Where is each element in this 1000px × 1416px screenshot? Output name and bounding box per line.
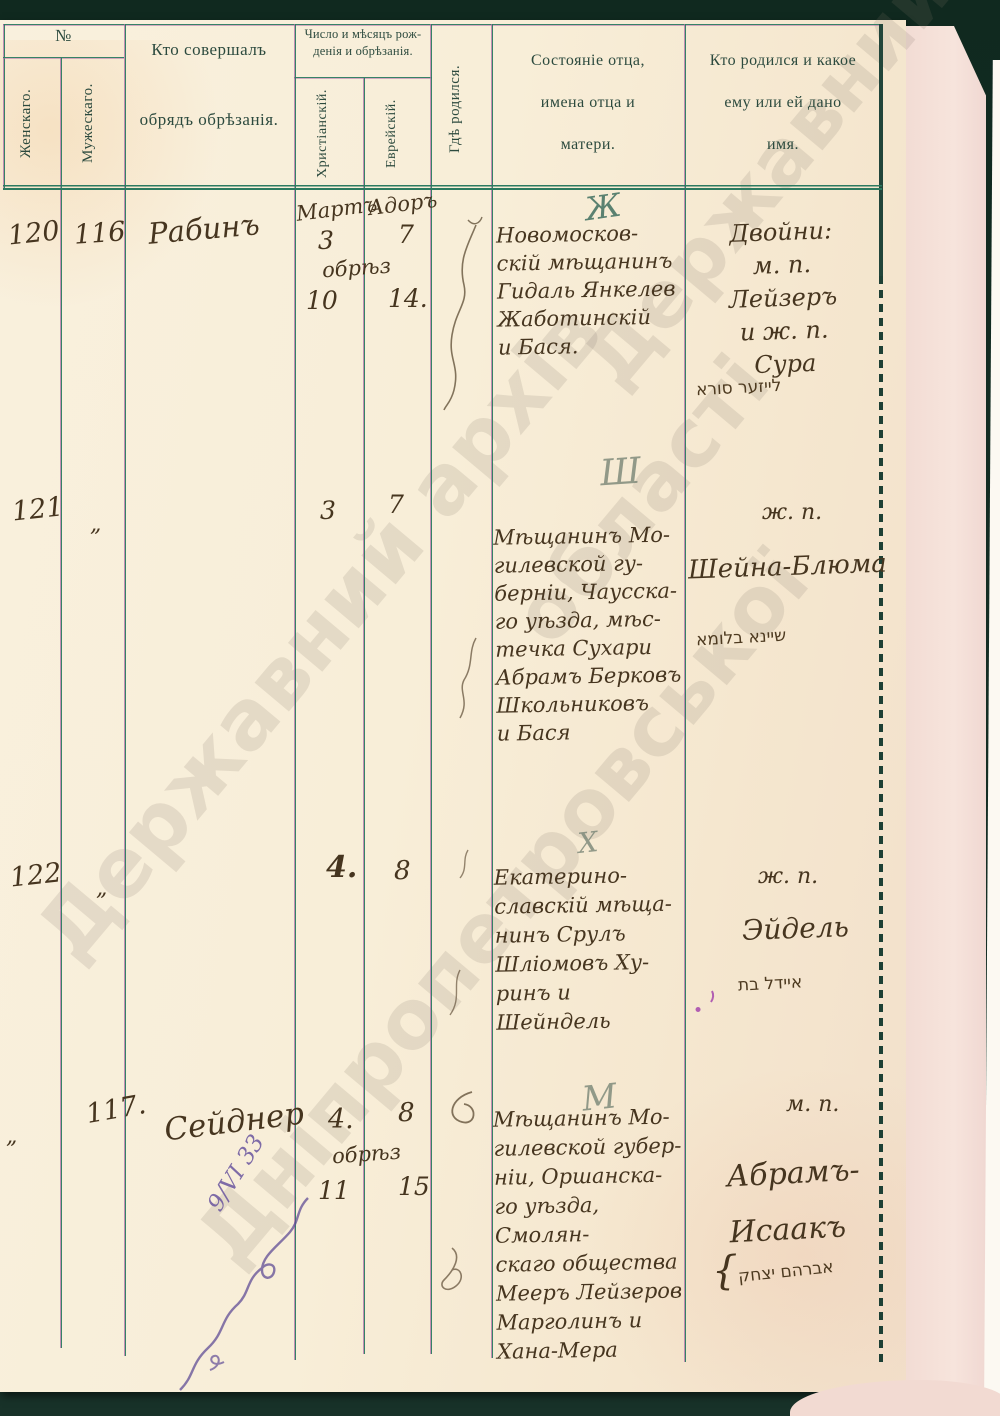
row3-christian-birth-day: 4.: [326, 850, 357, 885]
name-column-label: Кто родился и какое ему или ей дано имя.: [688, 40, 878, 166]
christian-date-column-label: Христіанскій.: [315, 84, 341, 184]
female-column-label: Женскаго.: [18, 62, 44, 184]
header-bottom-double-rule: [3, 185, 882, 190]
row1-male-number: 116: [73, 216, 127, 251]
row1-christian-birth-day: 3: [318, 226, 334, 255]
row1-father-entry: Новомосков- скій мѣщанинъ Гидаль Янкелев…: [496, 218, 688, 361]
dates-caption-line1: Число и мѣсяцъ рож-: [296, 27, 430, 42]
dates-caption-line2: денія и обрѣзанія.: [296, 44, 430, 59]
officiant-column-label-line1: Кто совершалъ: [126, 40, 292, 60]
row4-circumcision-label: обрѣз: [331, 1140, 401, 1169]
row2-name-sex-prefix: ж. п.: [762, 500, 822, 525]
table-top-border: [3, 24, 882, 26]
row2-jewish-birth-day: 7: [388, 490, 404, 519]
number-header-divider: [3, 57, 124, 59]
row4-jewish-circumcision-day: 15: [398, 1172, 430, 1201]
row1-jewish-circumcision-day: 14.: [388, 284, 428, 313]
row3-name-sex-prefix: ж. п.: [758, 864, 818, 889]
row3-child-name: Эйдель: [741, 910, 849, 947]
row4-child-name: Абрамъ- Исаакъ: [725, 1143, 864, 1262]
row4-hebrew-brace: {: [712, 1248, 737, 1294]
table-right-border: [879, 24, 883, 276]
row4-name-sex-prefix: м. п.: [786, 1092, 839, 1117]
row4-jewish-birth-day: 8: [398, 1098, 415, 1128]
officiant-column-label-line2: обрядъ обрѣзанія.: [126, 110, 292, 130]
row4-christian-circumcision-day: 11: [318, 1176, 350, 1205]
row3-pencil-mark: Х: [576, 825, 599, 860]
row1-birthplace-scribble: [438, 215, 488, 415]
row1-jewish-birth-day: 7: [398, 220, 414, 249]
row2-birthplace-scribble: [446, 630, 486, 760]
row1-child-name-entry: Двойни: м. п. Лейзеръ и ж. п. Сура: [691, 213, 875, 384]
row3-female-number: 122: [9, 857, 64, 893]
column-divider-officiant-christian: [294, 24, 296, 1360]
metrical-book-scan: Державний архів Дніпропетровської област…: [0, 0, 1000, 1416]
row2-christian-birth-day: 3: [320, 496, 336, 525]
row3-birthplace-scribble: [438, 840, 478, 1040]
row1-christian-circumcision-day: 10: [306, 286, 338, 315]
column-divider-female-male: [60, 58, 62, 1348]
jewish-date-column-label: Еврейскій.: [384, 84, 410, 184]
row3-jewish-birth-day: 8: [394, 856, 411, 886]
row4-father-entry: Мѣщанинъ Мо- гилевской губер- ніи, Оршан…: [493, 1102, 698, 1366]
row3-hebrew-note: איידל בת: [738, 972, 803, 995]
row3-purple-ink-dots: [690, 985, 720, 1015]
number-column-symbol: №: [3, 26, 124, 46]
row4-christian-birth-day: 4.: [328, 1104, 354, 1135]
row2-pencil-mark: Ш: [599, 451, 643, 495]
row2-father-entry: Мѣщанинъ Мо- гилевской гу- берніи, Чаусс…: [493, 520, 692, 747]
row4-purple-signature-flourish: [150, 1180, 330, 1400]
male-column-label: Мужескаго.: [80, 62, 106, 184]
row1-female-number: 120: [7, 215, 62, 251]
row2-male-ditto: „: [90, 512, 101, 537]
father-column-label: Состояніе отца, имена отца и матери.: [494, 40, 682, 166]
table-right-border-stitched: [879, 276, 883, 1364]
next-page-edge: [906, 26, 986, 1416]
birthplace-column-label: Гдѣ родился.: [447, 34, 473, 184]
row1-circumcision-label: обрѣз: [321, 254, 391, 283]
row3-male-ditto: „: [96, 876, 107, 901]
row3-father-entry: Екатерино- славскій мѣща- нинъ Срулъ Шлi…: [493, 860, 691, 1037]
underlying-page-edge: [984, 60, 1000, 1416]
row4-birthplace-flourish: [432, 1088, 487, 1338]
row2-female-number: 121: [11, 491, 66, 527]
row4-female-ditto: „: [6, 1124, 17, 1149]
table-left-border: [3, 24, 5, 188]
